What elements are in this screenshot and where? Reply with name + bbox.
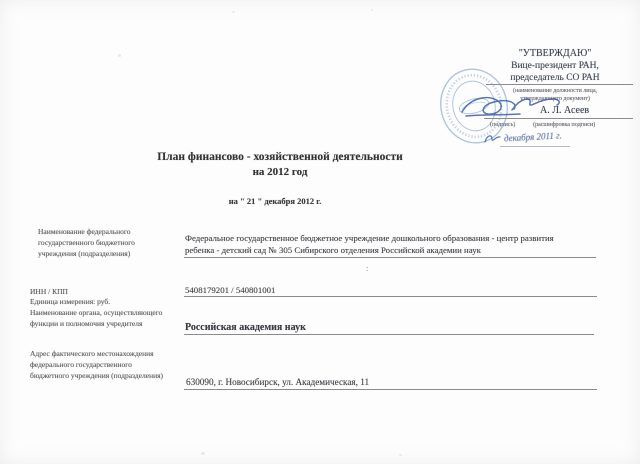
approval-underline-1: [486, 84, 633, 85]
approval-word: "УТВЕРЖДАЮ": [480, 48, 630, 59]
scan-speck: [232, 11, 235, 13]
scan-speck: [201, 452, 205, 455]
institution-label-line3: учреждения (подразделения): [38, 249, 130, 260]
address-label-line3: бюджетного учреждения (подразделения): [30, 371, 163, 382]
founder-value: Российская академия наук: [185, 322, 306, 333]
unit-label: Единица измерения: руб.: [30, 297, 110, 308]
approver-position-line1: Вице-президент РАН,: [480, 61, 630, 71]
institution-value-line2: ребенка - детский сад № 305 Сибирского о…: [185, 245, 481, 255]
inn-kpp-underline: [184, 296, 597, 297]
institution-value-line1: Федеральное государственное бюджетное уч…: [185, 233, 554, 243]
institution-label-line1: Наименование федерального: [38, 227, 131, 238]
decode-caption: (расшифровка подписи): [533, 121, 595, 128]
signer-name: А. Л. Асеев: [540, 105, 589, 116]
scan-speck: [399, 454, 402, 456]
handwritten-date: декабря 2011 г.: [504, 130, 562, 143]
inn-kpp-label: ИНН / КПП: [30, 287, 68, 298]
institution-label-line2: государственного бюджетного: [38, 238, 135, 249]
sign-caption: (подпись): [490, 121, 515, 128]
approval-underline-2: [484, 118, 633, 119]
scan-speck: [118, 54, 121, 57]
document-title-line1: План финансово - хозяйственной деятельно…: [110, 151, 450, 163]
inn-kpp-value: 5408179201 / 540801001: [185, 285, 275, 295]
founder-label-line1: Наименование органа, осуществляющего: [30, 308, 162, 319]
founder-underline: [184, 334, 594, 335]
founder-label-line2: функции и полномочия учредителя: [30, 319, 142, 330]
address-underline: [184, 389, 597, 390]
scan-artifact-mark: :: [366, 264, 368, 273]
address-label-line2: федерального государственного: [30, 360, 132, 371]
scanned-document-page: "УТВЕРЖДАЮ" Вице-президент РАН, председа…: [0, 0, 640, 464]
document-title-line2: на 2012 год: [110, 166, 450, 178]
address-label-line1: Адрес фактического местонахождения: [30, 349, 154, 360]
approver-position-line2: председатель СО РАН: [480, 73, 630, 83]
handwritten-date-underline: [500, 146, 570, 147]
document-date-line: на " 21 " декабря 2012 г.: [110, 196, 440, 206]
address-value: 630090, г. Новосибирск, ул. Академическа…: [186, 377, 369, 387]
handwritten-day-scribble: [482, 131, 504, 147]
scan-speck: [371, 9, 373, 11]
institution-underline: [184, 257, 596, 258]
